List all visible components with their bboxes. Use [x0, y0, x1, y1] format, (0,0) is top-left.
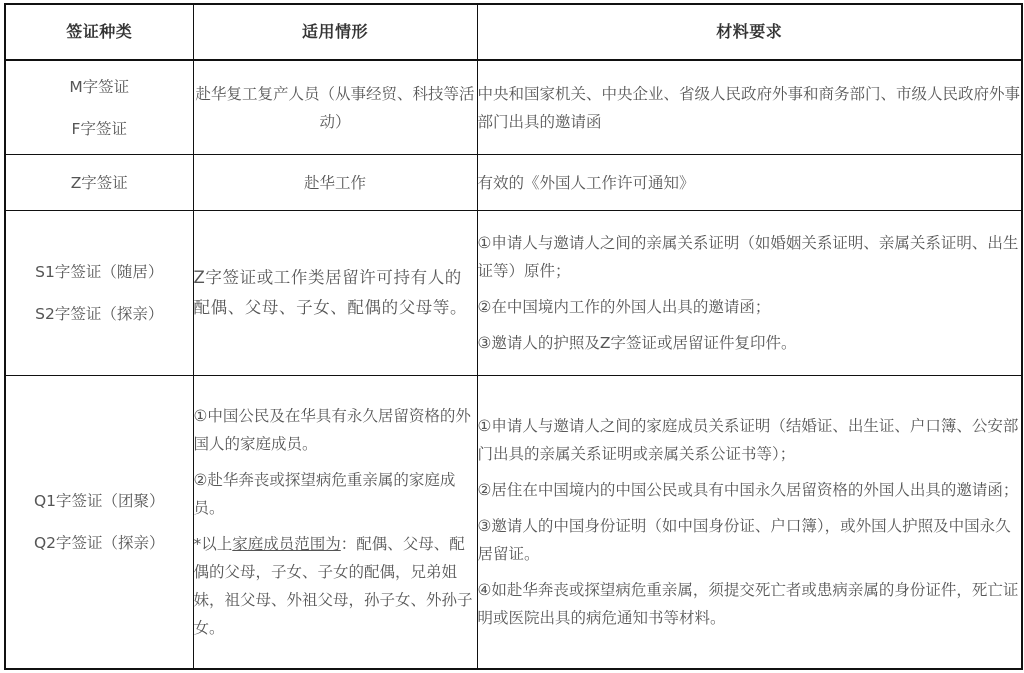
- visa-type-label: Q1字签证（团聚）: [6, 480, 193, 522]
- table-row-s-visa: S1字签证（随居） S2字签证（探亲） Z字签证或工作类居留许可持有人的配偶、父…: [5, 211, 1022, 376]
- situation-cell: 赴华复工复产人员（从事经贸、科技等活动）: [193, 60, 477, 155]
- note-prefix: *以上: [194, 535, 233, 553]
- materials-item: ②居住在中国境内的中国公民或具有中国永久居留资格的外国人出具的邀请函；: [478, 476, 1022, 504]
- materials-item: ③邀请人的护照及Z字签证或居留证件复印件。: [478, 329, 1022, 357]
- visa-type-cell: Q1字签证（团聚） Q2字签证（探亲）: [5, 376, 193, 670]
- materials-item: ④如赴华奔丧或探望病危重亲属，须提交死亡者或患病亲属的身份证件，死亡证明或医院出…: [478, 576, 1022, 632]
- situation-text: 赴华复工复产人员（从事经贸、科技等活动）: [194, 80, 477, 136]
- materials-cell: 有效的《外国人工作许可通知》: [477, 155, 1022, 211]
- materials-cell: ①申请人与邀请人之间的家庭成员关系证明（结婚证、出生证、户口簿、公安部门出具的亲…: [477, 376, 1022, 670]
- situation-cell: 赴华工作: [193, 155, 477, 211]
- materials-item: ③邀请人的中国身份证明（如中国身份证、户口簿），或外国人护照及中国永久居留证。: [478, 512, 1022, 568]
- materials-item: ①申请人与邀请人之间的家庭成员关系证明（结婚证、出生证、户口簿、公安部门出具的亲…: [478, 412, 1022, 468]
- header-visa-type: 签证种类: [5, 4, 193, 60]
- visa-type-label: F字签证: [6, 108, 193, 150]
- situation-note: *以上家庭成员范围为：配偶、父母、配偶的父母，子女、子女的配偶，兄弟姐妹，祖父母…: [194, 530, 477, 642]
- visa-type-cell: Z字签证: [5, 155, 193, 211]
- materials-item: ①申请人与邀请人之间的亲属关系证明（如婚姻关系证明、亲属关系证明、出生证等）原件…: [478, 229, 1022, 285]
- table-row-q-visa: Q1字签证（团聚） Q2字签证（探亲） ①中国公民及在华具有永久居留资格的外国人…: [5, 376, 1022, 670]
- visa-type-cell: S1字签证（随居） S2字签证（探亲）: [5, 211, 193, 376]
- situation-text: 赴华工作: [194, 169, 477, 197]
- materials-text: 有效的《外国人工作许可通知》: [478, 169, 1022, 197]
- visa-type-label: S1字签证（随居）: [6, 251, 193, 293]
- situation-item: ①中国公民及在华具有永久居留资格的外国人的家庭成员。: [194, 402, 477, 458]
- visa-type-label: M字签证: [6, 66, 193, 108]
- situation-cell: Z字签证或工作类居留许可持有人的配偶、父母、子女、配偶的父母等。: [193, 211, 477, 376]
- materials-cell: 中央和国家机关、中央企业、省级人民政府外事和商务部门、市级人民政府外事部门出具的…: [477, 60, 1022, 155]
- situation-item: ②赴华奔丧或探望病危重亲属的家庭成员。: [194, 466, 477, 522]
- materials-text: 中央和国家机关、中央企业、省级人民政府外事和商务部门、市级人民政府外事部门出具的…: [478, 80, 1022, 136]
- table-row-z-visa: Z字签证 赴华工作 有效的《外国人工作许可通知》: [5, 155, 1022, 211]
- situation-cell: ①中国公民及在华具有永久居留资格的外国人的家庭成员。 ②赴华奔丧或探望病危重亲属…: [193, 376, 477, 670]
- header-situation: 适用情形: [193, 4, 477, 60]
- visa-type-label: S2字签证（探亲）: [6, 293, 193, 335]
- visa-type-label: Z字签证: [71, 174, 128, 192]
- visa-type-cell: M字签证 F字签证: [5, 60, 193, 155]
- table-row-m-f-visa: M字签证 F字签证 赴华复工复产人员（从事经贸、科技等活动） 中央和国家机关、中…: [5, 60, 1022, 155]
- situation-text: Z字签证或工作类居留许可持有人的配偶、父母、子女、配偶的父母等。: [194, 263, 477, 323]
- note-underlined-text: 家庭成员范围为: [232, 535, 341, 553]
- materials-item: ②在中国境内工作的外国人出具的邀请函；: [478, 293, 1022, 321]
- table-header-row: 签证种类 适用情形 材料要求: [5, 4, 1022, 60]
- header-materials: 材料要求: [477, 4, 1022, 60]
- materials-cell: ①申请人与邀请人之间的亲属关系证明（如婚姻关系证明、亲属关系证明、出生证等）原件…: [477, 211, 1022, 376]
- visa-type-label: Q2字签证（探亲）: [6, 522, 193, 564]
- visa-requirements-table: 签证种类 适用情形 材料要求 M字签证 F字签证 赴华复工复产人员（从事经贸、科…: [4, 3, 1023, 670]
